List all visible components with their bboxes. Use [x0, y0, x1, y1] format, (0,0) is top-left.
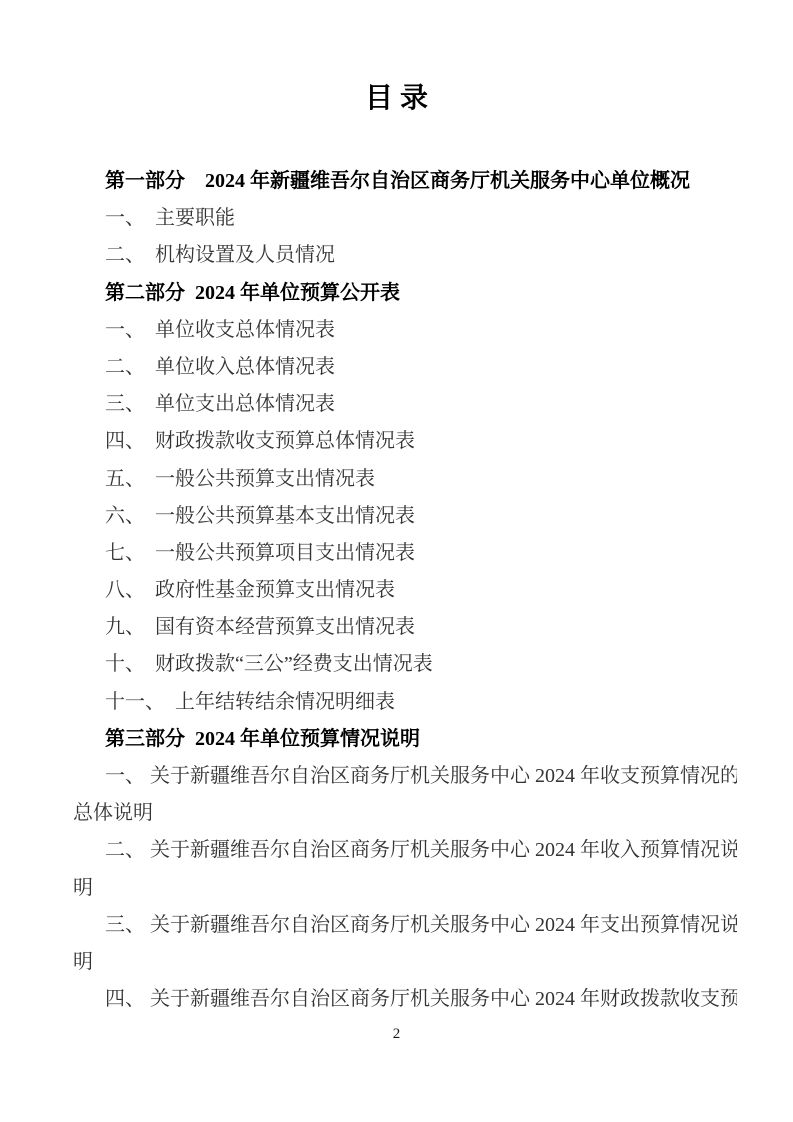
toc-item: 五、 一般公共预算支出情况表	[73, 461, 737, 498]
toc-section-heading: 第二部分 2024 年单位预算公开表	[73, 275, 737, 312]
table-of-contents: 第一部分 2024 年新疆维吾尔自治区商务厅机关服务中心单位概况一、 主要职能二…	[73, 163, 737, 1018]
toc-item: 二、 单位收入总体情况表	[73, 349, 737, 386]
toc-item: 三、 单位支出总体情况表	[73, 386, 737, 423]
toc-item: 六、 一般公共预算基本支出情况表	[73, 498, 737, 535]
toc-item: 四、 财政拨款收支预算总体情况表	[73, 423, 737, 460]
toc-item: 一、 主要职能	[73, 200, 737, 237]
toc-item: 一、 单位收支总体情况表	[73, 312, 737, 349]
toc-section-heading: 第三部分 2024 年单位预算情况说明	[73, 721, 737, 758]
toc-item: 三、 关于新疆维吾尔自治区商务厅机关服务中心 2024 年支出预算情况说	[73, 907, 737, 944]
toc-item: 二、 机构设置及人员情况	[73, 237, 737, 274]
document-page: 目 录 第一部分 2024 年新疆维吾尔自治区商务厅机关服务中心单位概况一、 主…	[0, 0, 793, 1122]
toc-item: 九、 国有资本经营预算支出情况表	[73, 609, 737, 646]
toc-item-continuation: 明	[73, 870, 737, 907]
toc-item: 一、 关于新疆维吾尔自治区商务厅机关服务中心 2024 年收支预算情况的	[73, 758, 737, 795]
toc-item: 四、 关于新疆维吾尔自治区商务厅机关服务中心 2024 年财政拨款收支预	[73, 981, 737, 1018]
toc-section-heading: 第一部分 2024 年新疆维吾尔自治区商务厅机关服务中心单位概况	[73, 163, 737, 200]
toc-item: 八、 政府性基金预算支出情况表	[73, 572, 737, 609]
toc-item: 七、 一般公共预算项目支出情况表	[73, 535, 737, 572]
toc-item-continuation: 明	[73, 944, 737, 981]
page-number: 2	[0, 1024, 793, 1044]
toc-item: 十一、 上年结转结余情况明细表	[73, 684, 737, 721]
toc-item-continuation: 总体说明	[73, 795, 737, 832]
toc-item: 十、 财政拨款“三公”经费支出情况表	[73, 646, 737, 683]
toc-item: 二、 关于新疆维吾尔自治区商务厅机关服务中心 2024 年收入预算情况说	[73, 832, 737, 869]
page-title: 目 录	[0, 84, 793, 114]
